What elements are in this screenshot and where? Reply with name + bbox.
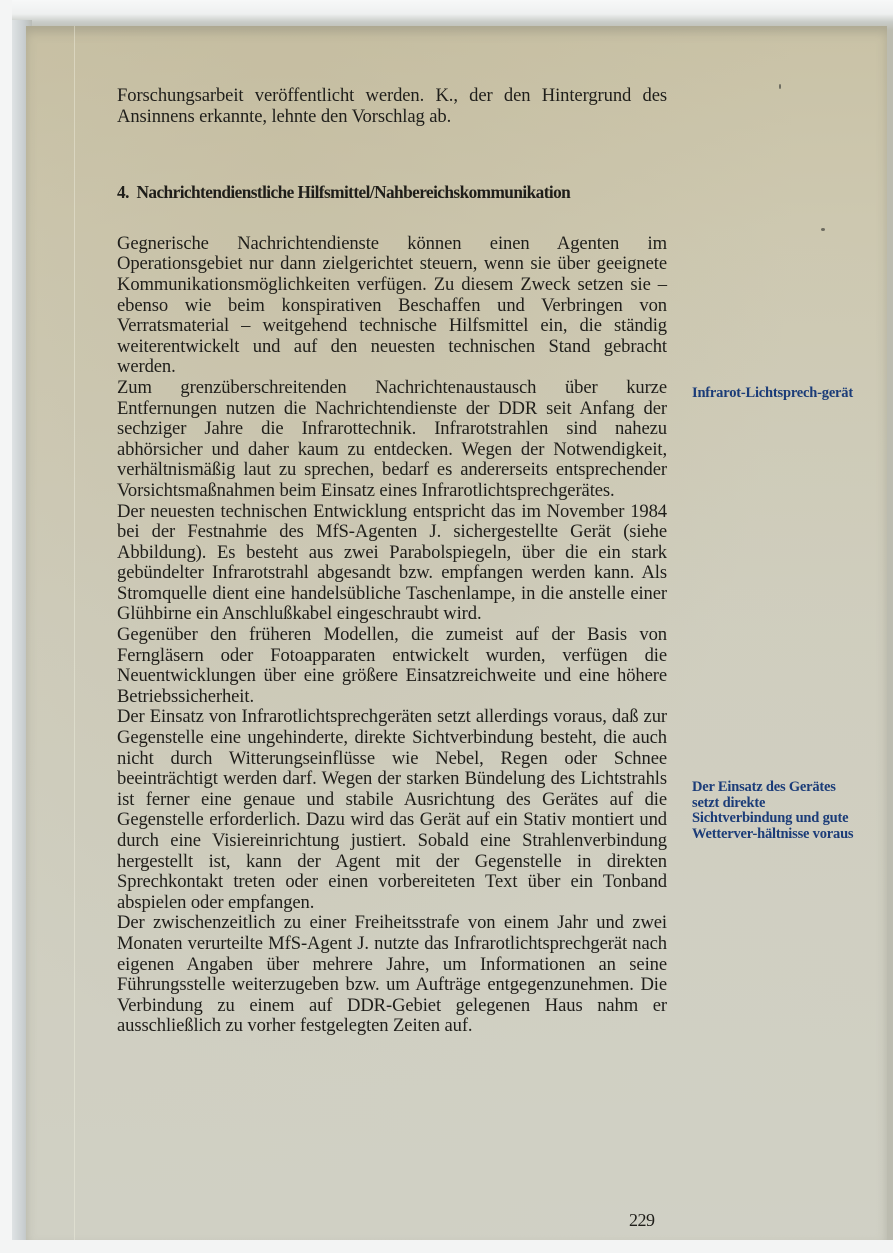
scanned-page-frame: Forschungsarbeit veröffentlicht werden. … — [0, 0, 893, 1253]
margin-note-line-of-sight: Der Einsatz des Gerätes setzt direkte Si… — [692, 780, 857, 842]
body-text-column: Forschungsarbeit veröffentlicht werden. … — [117, 86, 667, 1037]
scan-border-left — [0, 0, 12, 1253]
paper-speck — [779, 84, 781, 89]
paper-speck — [821, 228, 825, 231]
section-title: Nachrichtendienstliche Hilfsmittel/Nahbe… — [137, 182, 571, 202]
intro-paragraph: Forschungsarbeit veröffentlicht werden. … — [117, 86, 667, 127]
margin-note-infrared-device: Infrarot-Lichtsprech-gerät — [692, 386, 857, 402]
page-number: 229 — [629, 1210, 655, 1231]
section-number: 4. — [117, 182, 129, 202]
section-heading: 4.Nachrichtendienstliche Hilfsmittel/Nah… — [117, 182, 645, 203]
paragraph-5: Der Einsatz von Infrarotlichtsprechgerät… — [117, 707, 667, 913]
paragraph-3: Der neuesten technischen Entwicklung ent… — [117, 502, 667, 626]
paragraph-6: Der zwischenzeitlich zu einer Freiheitss… — [117, 913, 667, 1037]
paragraph-4: Gegenüber den früheren Modellen, die zum… — [117, 625, 667, 707]
scan-border-bottom — [0, 1240, 893, 1253]
paragraph-2: Zum grenzüberschreitenden Nachrichtenaus… — [117, 378, 667, 502]
paragraph-1: Gegnerische Nachrichtendienste können ei… — [117, 234, 667, 378]
gutter-line — [74, 26, 75, 1240]
